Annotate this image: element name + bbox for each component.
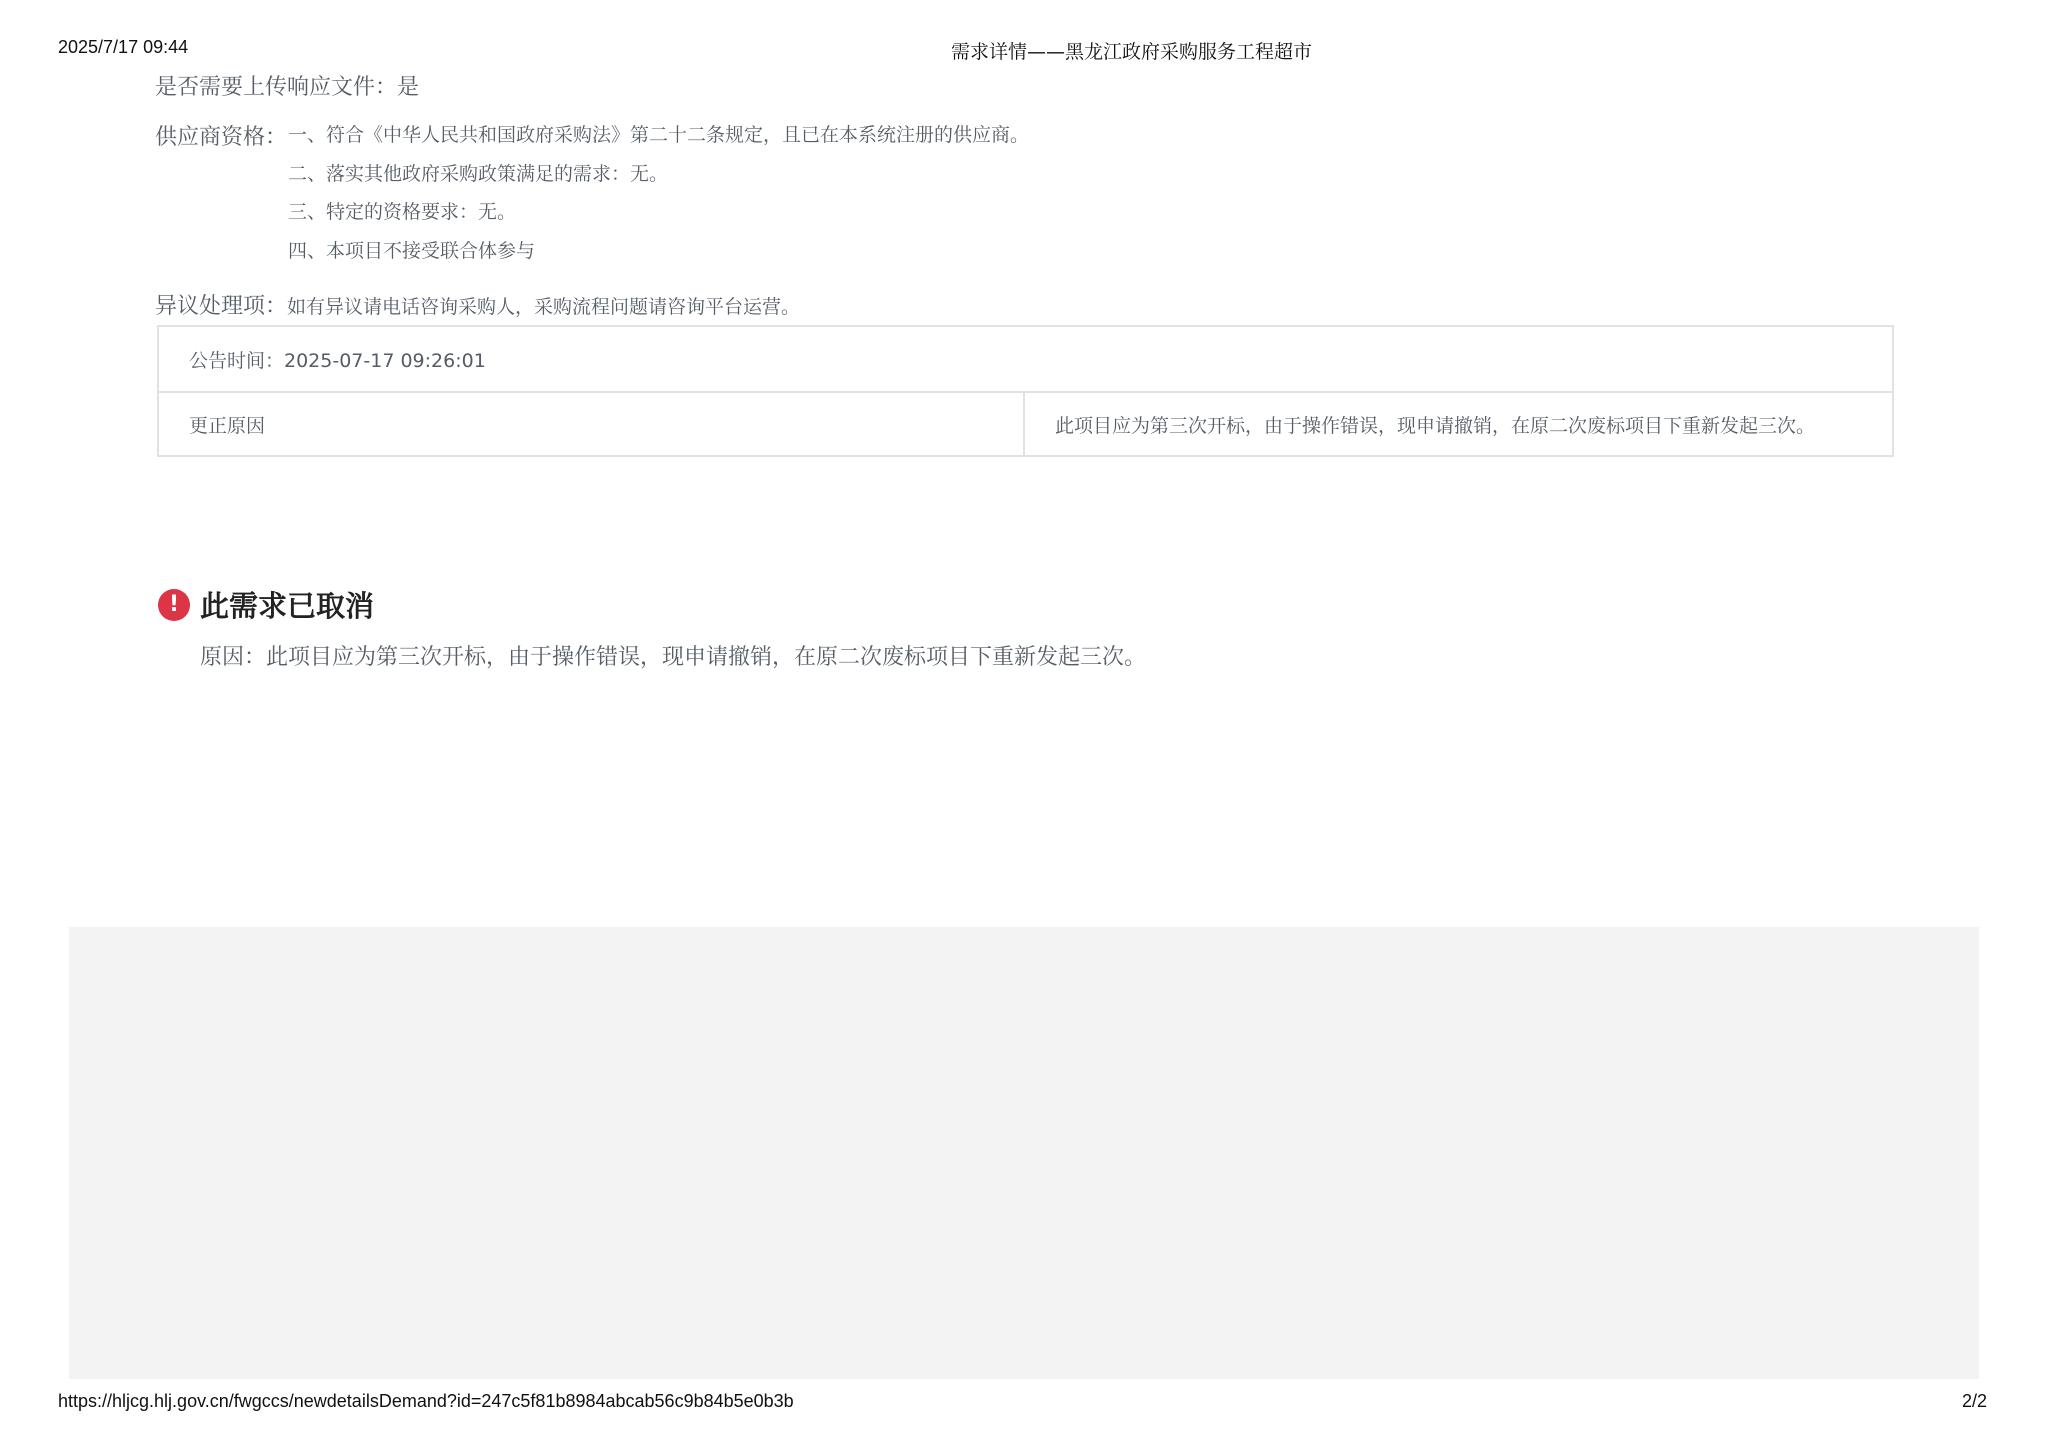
print-footer-url: https://hljcg.hlj.gov.cn/fwgccs/newdetai… <box>58 1391 794 1412</box>
print-footer-page-indicator: 2/2 <box>1962 1391 1987 1412</box>
upload-required-label: 是否需要上传响应文件： <box>155 75 397 100</box>
correction-reason-value: 此项目应为第三次开标，由于操作错误，现申请撤销，在原二次废标项目下重新发起三次。 <box>1025 393 1892 455</box>
cancellation-reason: 原因：此项目应为第三次开标，由于操作错误，现申请撤销，在原二次废标项目下重新发起… <box>200 640 1146 671</box>
upload-required-field: 是否需要上传响应文件：是 <box>155 70 419 101</box>
supplier-qualification-list: 一、符合《中华人民共和国政府采购法》第二十二条规定，且已在本系统注册的供应商。 … <box>288 124 1029 278</box>
exclamation-circle-icon: ! <box>158 589 190 621</box>
cancellation-heading: 此需求已取消 <box>200 584 374 625</box>
supplier-qualification-label: 供应商资格： <box>155 120 287 151</box>
qualification-item: 二、落实其他政府采购政策满足的需求：无。 <box>288 163 1029 202</box>
upload-required-value: 是 <box>397 75 419 100</box>
table-row: 公告时间：2025-07-17 09:26:01 <box>159 327 1892 391</box>
objection-handling-label: 异议处理项： <box>155 294 287 319</box>
notice-table: 公告时间：2025-07-17 09:26:01 更正原因 此项目应为第三次开标… <box>157 325 1894 457</box>
announce-time: 公告时间：2025-07-17 09:26:01 <box>159 327 1892 391</box>
qualification-item: 一、符合《中华人民共和国政府采购法》第二十二条规定，且已在本系统注册的供应商。 <box>288 124 1029 163</box>
objection-handling-field: 异议处理项：如有异议请电话咨询采购人，采购流程问题请咨询平台运营。 <box>155 289 800 320</box>
qualification-item: 四、本项目不接受联合体参与 <box>288 240 1029 279</box>
print-header-title: 需求详情——黑龙江政府采购服务工程超市 <box>0 37 2048 64</box>
table-row: 更正原因 此项目应为第三次开标，由于操作错误，现申请撤销，在原二次废标项目下重新… <box>159 391 1892 455</box>
objection-handling-value: 如有异议请电话咨询采购人，采购流程问题请咨询平台运营。 <box>287 296 800 318</box>
qualification-item: 三、特定的资格要求：无。 <box>288 201 1029 240</box>
empty-content-panel <box>69 927 1979 1379</box>
cancellation-banner: ! 此需求已取消 <box>158 584 374 625</box>
correction-reason-label: 更正原因 <box>159 393 1025 455</box>
